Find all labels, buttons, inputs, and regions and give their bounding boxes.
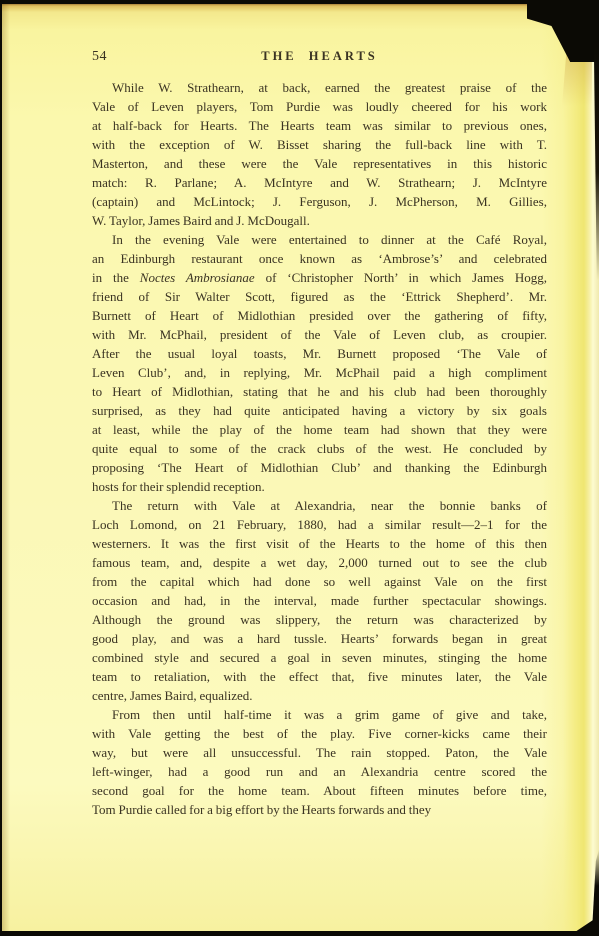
text-line: Although the ground was slippery, the re… <box>92 610 547 629</box>
text-line: W. Taylor, James Baird and J. McDougall. <box>92 211 547 230</box>
text-line: While W. Strathearn, at back, earned the… <box>92 78 547 97</box>
text-line: Masterton, and these were the Vale repre… <box>92 154 547 173</box>
book-page: 54 THE HEARTS While W. Strathearn, at ba… <box>2 4 599 931</box>
text-line: centre, James Baird, equalized. <box>92 686 547 705</box>
text-line: team to retaliation, with the effect tha… <box>92 667 547 686</box>
running-head: 54 THE HEARTS <box>92 49 547 67</box>
text-line: an Edinburgh restaurant once known as ‘A… <box>92 249 547 268</box>
text-line: with Mr. McPhail, president of the Vale … <box>92 325 547 344</box>
text-line: good play, and was a hard tussle. Hearts… <box>92 629 547 648</box>
text-line: from the capital which had done so well … <box>92 572 547 591</box>
page-number: 54 <box>92 49 107 65</box>
text-line: hosts for their splendid reception. <box>92 477 547 496</box>
text-line: Leven Club’, and, in replying, Mr. McPha… <box>92 363 547 382</box>
text-line: with Vale getting the best of the play. … <box>92 724 547 743</box>
text-line: surprised, as they had quite anticipated… <box>92 401 547 420</box>
text-line: Loch Lomond, on 21 February, 1880, had a… <box>92 515 547 534</box>
text-line: Vale of Leven players, Tom Purdie was lo… <box>92 97 547 116</box>
text-line: combined style and secured a goal in sev… <box>92 648 547 667</box>
paragraph: The return with Vale at Alexandria, near… <box>92 496 547 705</box>
text-line: occasion and had, in the interval, made … <box>92 591 547 610</box>
text-line: Tom Purdie called for a big effort by th… <box>92 800 547 819</box>
text-line: with the exception of W. Bisset sharing … <box>92 135 547 154</box>
text-line: left-winger, had a good run and an Alexa… <box>92 762 547 781</box>
paragraph: In the evening Vale were entertained to … <box>92 230 547 496</box>
text-line: match: R. Parlane; A. McIntyre and W. St… <box>92 173 547 192</box>
text-line: proposing ‘The Heart of Midlothian Club’… <box>92 458 547 477</box>
text-line: In the evening Vale were entertained to … <box>92 230 547 249</box>
text-line: From then until half-time it was a grim … <box>92 705 547 724</box>
text-line: at least, while the play of the home tea… <box>92 420 547 439</box>
text-line: westerners. It was the first visit of th… <box>92 534 547 553</box>
text-line: in the Noctes Ambrosianae of ‘Christophe… <box>92 268 547 287</box>
text-line: way, but were all unsuccessful. The rain… <box>92 743 547 762</box>
text-line: Burnett of Heart of Midlothian presided … <box>92 306 547 325</box>
text-line: at half-back for Hearts. The Hearts team… <box>92 116 547 135</box>
paragraph: While W. Strathearn, at back, earned the… <box>92 78 547 230</box>
text-line: friend of Sir Walter Scott, figured as t… <box>92 287 547 306</box>
text-line: After the usual loyal toasts, Mr. Burnet… <box>92 344 547 363</box>
text-line: quite equal to some of the crack clubs o… <box>92 439 547 458</box>
text-line: famous team, and, despite a wet day, 2,0… <box>92 553 547 572</box>
paragraph: From then until half-time it was a grim … <box>92 705 547 819</box>
running-title: THE HEARTS <box>92 49 547 64</box>
text-line: to Heart of Midlothian, stating that he … <box>92 382 547 401</box>
text-block: While W. Strathearn, at back, earned the… <box>92 78 547 819</box>
photo-of-book-page: 54 THE HEARTS While W. Strathearn, at ba… <box>0 0 599 936</box>
text-line: second goal for the home team. About fif… <box>92 781 547 800</box>
text-line: (captain) and McLintock; J. Ferguson, J.… <box>92 192 547 211</box>
text-line: The return with Vale at Alexandria, near… <box>92 496 547 515</box>
